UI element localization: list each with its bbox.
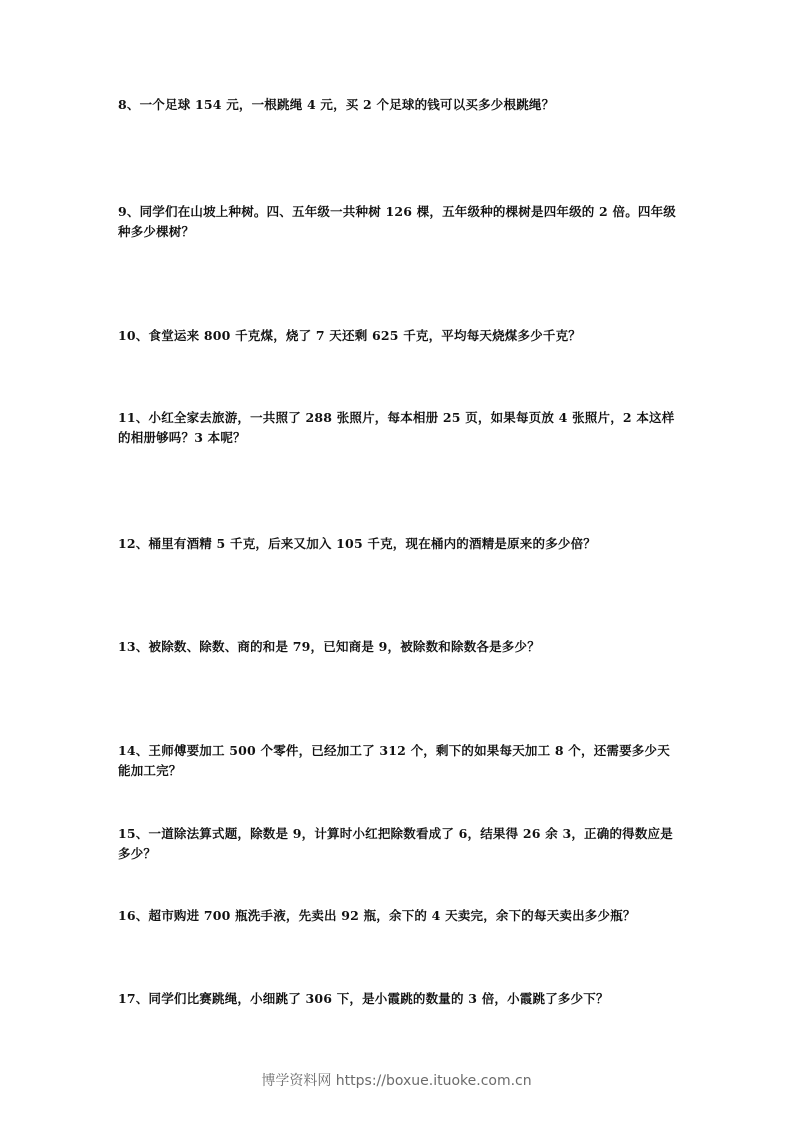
question-11: 11、小红全家去旅游，一共照了 288 张照片，每本相册 25 页，如果每页放 … — [118, 408, 678, 448]
footer-watermark: 博学资料网 https://boxue.ituoke.com.cn — [0, 1070, 793, 1090]
question-14: 14、王师傅要加工 500 个零件，已经加工了 312 个，剩下的如果每天加工 … — [118, 741, 678, 781]
question-15: 15、一道除法算式题，除数是 9，计算时小红把除数看成了 6，结果得 26 余 … — [118, 824, 678, 864]
question-16: 16、超市购进 700 瓶洗手液，先卖出 92 瓶，余下的 4 天卖完，余下的每… — [118, 906, 678, 926]
question-10: 10、食堂运来 800 千克煤，烧了 7 天还剩 625 千克，平均每天烧煤多少… — [118, 326, 678, 346]
question-8: 8、一个足球 154 元，一根跳绳 4 元，买 2 个足球的钱可以买多少根跳绳？ — [118, 95, 678, 115]
question-17: 17、同学们比赛跳绳，小细跳了 306 下，是小霞跳的数量的 3 倍，小霞跳了多… — [118, 989, 678, 1009]
question-13: 13、被除数、除数、商的和是 79，已知商是 9，被除数和除数各是多少？ — [118, 637, 678, 657]
question-12: 12、桶里有酒精 5 千克，后来又加入 105 千克，现在桶内的酒精是原来的多少… — [118, 534, 678, 554]
question-9: 9、同学们在山坡上种树。四、五年级一共种树 126 棵，五年级种的棵树是四年级的… — [118, 202, 678, 242]
